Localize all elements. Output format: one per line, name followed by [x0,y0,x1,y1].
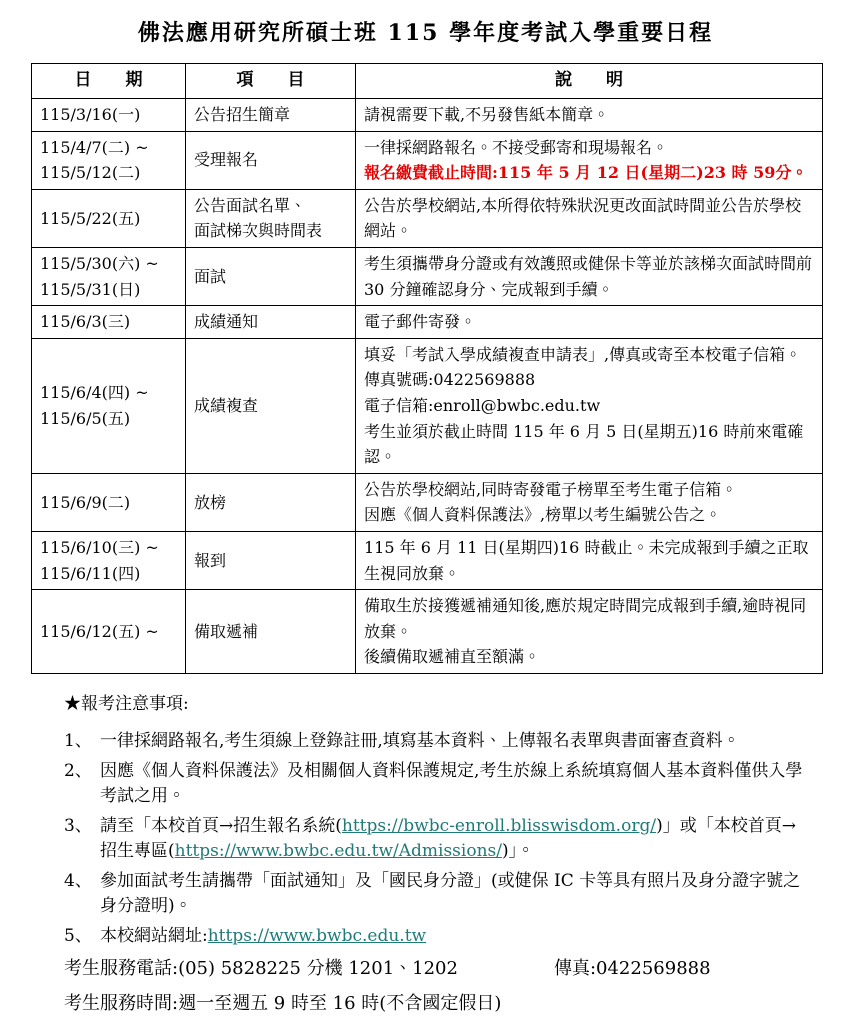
note-number: 3、 [64,814,100,865]
note-number: 4、 [64,869,100,920]
description-line: 公告於學校網站,本所得依特殊狀況更改面試時間並公告於學校網站。 [364,193,814,244]
description-line: 因應《個人資料保護法》,榜單以考生編號公告之。 [364,502,814,528]
description-line: 考生並須於截止時間 115 年 6 月 5 日(星期五)16 時前來電確認。 [364,419,814,470]
table-row-score-notice: 115/6/3(三) 成績通知 電子郵件寄發。 [32,306,823,339]
cell-date: 115/5/22(五) [32,189,186,247]
cell-item: 成績通知 [186,306,356,339]
note-number: 5、 [64,924,100,950]
enrollment-system-link[interactable]: https://bwbc-enroll.blisswisdom.org/ [342,816,656,836]
note-text: 因應《個人資料保護法》及相關個人資料保護規定,考生於線上系統填寫個人基本資料僅供… [100,759,806,810]
service-hours-line: 考生服務時間:週一至週五 9 時至 16 時(不含國定假日) [64,990,851,1019]
cell-item: 公告招生簡章 [186,99,356,132]
note-number: 1、 [64,729,100,755]
note-text-segment: 請至「本校首頁→招生報名系統( [100,816,342,836]
note-text-segment: 本校網站網址: [100,926,208,946]
table-row-announce-brochure: 115/3/16(一) 公告招生簡章 請視需要下載,不另發售紙本簡章。 [32,99,823,132]
description-line: 一律採網路報名。不接受郵寄和現場報名。 [364,135,814,161]
table-row-registration: 115/4/7(二) ~ 115/5/12(二) 受理報名 一律採網路報名。不接… [32,131,823,189]
payment-deadline-alert: 報名繳費截止時間:115 年 5 月 12 日(星期二)23 時 59分。 [364,160,814,186]
cell-date: 115/6/9(二) [32,473,186,531]
description-line: 請視需要下載,不另發售紙本簡章。 [364,102,814,128]
cell-date: 115/4/7(二) ~ 115/5/12(二) [32,131,186,189]
col-header-date: 日 期 [32,64,186,99]
table-row-check-in: 115/6/10(三) ~ 115/6/11(四) 報到 115 年 6 月 1… [32,531,823,589]
cell-item: 受理報名 [186,131,356,189]
table-row-results-release: 115/6/9(二) 放榜 公告於學校網站,同時寄發電子榜單至考生電子信箱。 因… [32,473,823,531]
fax-number-line: 傳真號碼:0422569888 [364,367,814,393]
cell-date: 115/5/30(六) ~ 115/5/31(日) [32,247,186,305]
note-item-5: 5、 本校網站網址:https://www.bwbc.edu.tw [64,924,806,950]
description-line: 後續備取遞補直至額滿。 [364,644,814,670]
note-item-4: 4、 參加面試考生請攜帶「面試通知」及「國民身分證」(或健保 IC 卡等具有照片… [64,869,806,920]
application-notes: ★報考注意事項: 1、 一律採網路報名,考生須線上登錄註冊,填寫基本資料、上傳報… [64,692,806,950]
cell-description: 電子郵件寄發。 [356,306,823,339]
note-text: 請至「本校首頁→招生報名系統(https://bwbc-enroll.bliss… [100,814,806,865]
cell-description: 填妥「考試入學成績複查申請表」,傳真或寄至本校電子信箱。 傳真號碼:042256… [356,338,823,473]
note-item-3: 3、 請至「本校首頁→招生報名系統(https://bwbc-enroll.bl… [64,814,806,865]
description-line: 填妥「考試入學成績複查申請表」,傳真或寄至本校電子信箱。 [364,342,814,368]
note-item-2: 2、 因應《個人資料保護法》及相關個人資料保護規定,考生於線上系統填寫個人基本資… [64,759,806,810]
description-line: 備取生於接獲遞補通知後,應於規定時間完成報到手續,逾時視同放棄。 [364,593,814,644]
col-header-item: 項 目 [186,64,356,99]
cell-item: 報到 [186,531,356,589]
cell-description: 公告於學校網站,同時寄發電子榜單至考生電子信箱。 因應《個人資料保護法》,榜單以… [356,473,823,531]
note-number: 2、 [64,759,100,810]
cell-item: 備取遞補 [186,590,356,674]
school-website-link[interactable]: https://www.bwbc.edu.tw [208,926,426,946]
cell-item: 公告面試名單、 面試梯次與時間表 [186,189,356,247]
cell-date: 115/6/10(三) ~ 115/6/11(四) [32,531,186,589]
cell-description: 請視需要下載,不另發售紙本簡章。 [356,99,823,132]
cell-description: 一律採網路報名。不接受郵寄和現場報名。 報名繳費截止時間:115 年 5 月 1… [356,131,823,189]
table-row-waitlist: 115/6/12(五) ~ 備取遞補 備取生於接獲遞補通知後,應於規定時間完成報… [32,590,823,674]
schedule-table: 日 期 項 目 說 明 115/3/16(一) 公告招生簡章 請視需要下載,不另… [31,63,823,674]
table-row-score-recheck: 115/6/4(四) ~ 115/6/5(五) 成績複查 填妥「考試入學成績複查… [32,338,823,473]
fax-number: 傳真:0422569888 [554,958,711,979]
cell-description: 115 年 6 月 11 日(星期四)16 時截止。未完成報到手續之正取生視同放… [356,531,823,589]
service-phone: 考生服務電話:(05) 5828225 分機 1201、1202 [64,958,458,979]
table-header-row: 日 期 項 目 說 明 [32,64,823,99]
page-title: 佛法應用研究所碩士班 115 學年度考試入學重要日程 [0,16,851,47]
note-text-segment: )」。 [502,841,534,861]
document-page: 佛法應用研究所碩士班 115 學年度考試入學重要日程 日 期 項 目 說 明 1… [0,0,851,1024]
note-item-1: 1、 一律採網路報名,考生須線上登錄註冊,填寫基本資料、上傳報名表單與書面審查資… [64,729,806,755]
description-line: 考生須攜帶身分證或有效護照或健保卡等並於該梯次面試時間前 30 分鐘確認身分、完… [364,251,814,302]
col-header-description: 說 明 [356,64,823,99]
cell-item: 成績複查 [186,338,356,473]
cell-description: 備取生於接獲遞補通知後,應於規定時間完成報到手續,逾時視同放棄。 後續備取遞補直… [356,590,823,674]
note-text: 參加面試考生請攜帶「面試通知」及「國民身分證」(或健保 IC 卡等具有照片及身分… [100,869,806,920]
description-line: 公告於學校網站,同時寄發電子榜單至考生電子信箱。 [364,477,814,503]
admissions-page-link[interactable]: https://www.bwbc.edu.tw/Admissions/ [175,841,502,861]
note-text: 本校網站網址:https://www.bwbc.edu.tw [100,924,806,950]
table-row-interview-list: 115/5/22(五) 公告面試名單、 面試梯次與時間表 公告於學校網站,本所得… [32,189,823,247]
cell-description: 考生須攜帶身分證或有效護照或健保卡等並於該梯次面試時間前 30 分鐘確認身分、完… [356,247,823,305]
notes-heading: ★報考注意事項: [64,692,806,718]
cell-date: 115/3/16(一) [32,99,186,132]
table-row-interview: 115/5/30(六) ~ 115/5/31(日) 面試 考生須攜帶身分證或有效… [32,247,823,305]
description-line: 115 年 6 月 11 日(星期四)16 時截止。未完成報到手續之正取生視同放… [364,535,814,586]
description-line: 電子郵件寄發。 [364,309,814,335]
note-text: 一律採網路報名,考生須線上登錄註冊,填寫基本資料、上傳報名表單與書面審查資料。 [100,729,806,755]
service-phone-line: 考生服務電話:(05) 5828225 分機 1201、1202傳真:04225… [64,955,851,984]
email-line: 電子信箱:enroll@bwbc.edu.tw [364,393,814,419]
cell-item: 放榜 [186,473,356,531]
cell-date: 115/6/4(四) ~ 115/6/5(五) [32,338,186,473]
cell-date: 115/6/12(五) ~ [32,590,186,674]
cell-description: 公告於學校網站,本所得依特殊狀況更改面試時間並公告於學校網站。 [356,189,823,247]
cell-date: 115/6/3(三) [32,306,186,339]
cell-item: 面試 [186,247,356,305]
